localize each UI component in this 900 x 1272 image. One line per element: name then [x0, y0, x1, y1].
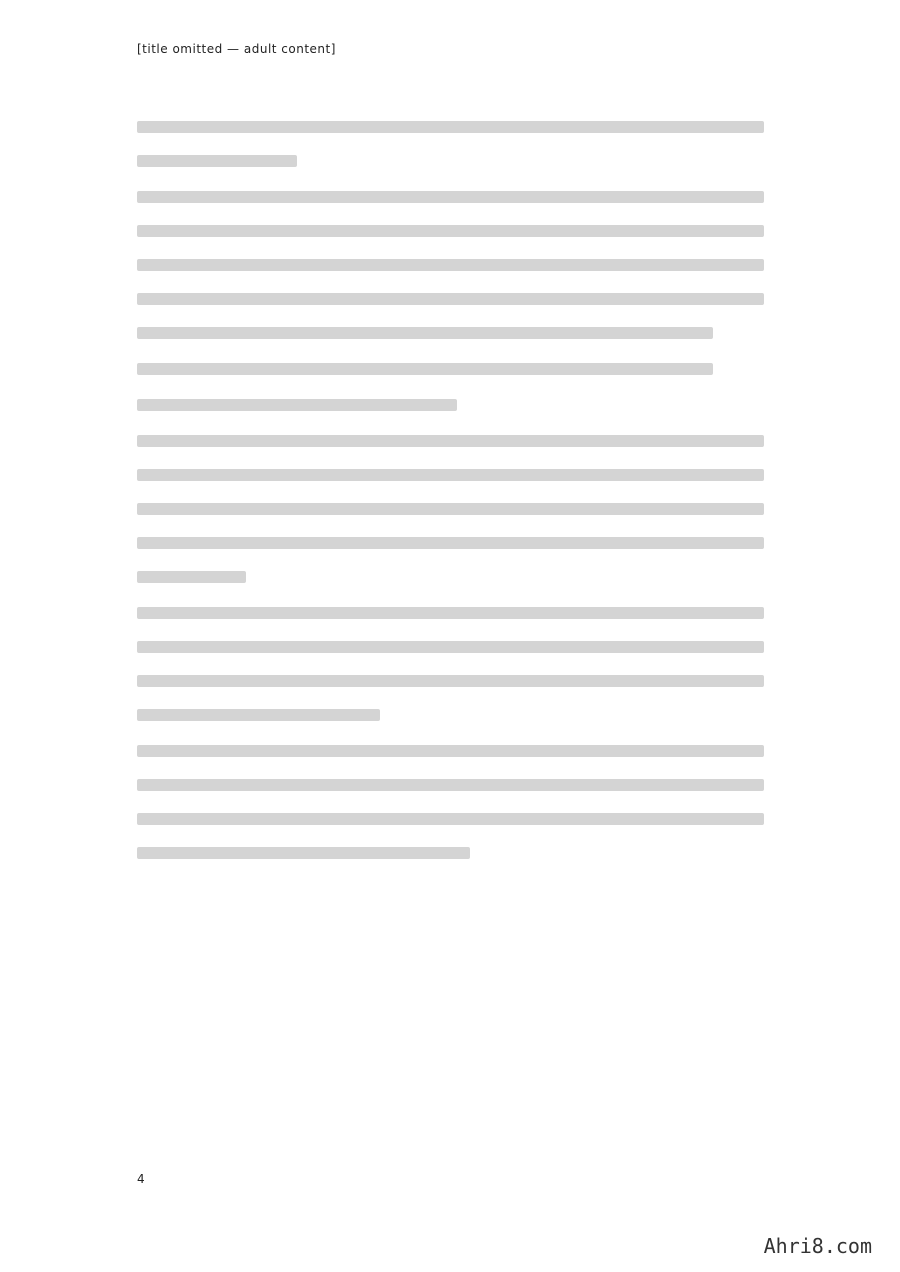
- paragraph: [137, 734, 777, 870]
- paragraph: [137, 596, 777, 732]
- text-line-placeholder: [137, 388, 777, 422]
- page-number: 4: [137, 1172, 145, 1186]
- text-line-placeholder: [137, 144, 777, 178]
- text-line-placeholder: [137, 316, 777, 350]
- text-line-placeholder: [137, 630, 777, 664]
- text-line-placeholder: [137, 458, 777, 492]
- text-line-placeholder: [137, 664, 777, 698]
- text-line-placeholder: [137, 526, 777, 560]
- text-line-placeholder: [137, 248, 777, 282]
- document-body: [137, 110, 777, 872]
- site-watermark: Ahri8.com: [764, 1234, 872, 1258]
- paragraph: [137, 388, 777, 422]
- paragraph: [137, 180, 777, 350]
- text-line-placeholder: [137, 802, 777, 836]
- text-line-placeholder: [137, 214, 777, 248]
- text-line-placeholder: [137, 352, 777, 386]
- paragraph: [137, 110, 777, 178]
- text-line-placeholder: [137, 560, 777, 594]
- text-line-placeholder: [137, 424, 777, 458]
- paragraph: [137, 352, 777, 386]
- text-line-placeholder: [137, 180, 777, 214]
- text-line-placeholder: [137, 768, 777, 802]
- text-line-placeholder: [137, 734, 777, 768]
- running-header: [title omitted — adult content]: [137, 42, 336, 56]
- text-line-placeholder: [137, 596, 777, 630]
- text-line-placeholder: [137, 836, 777, 870]
- text-line-placeholder: [137, 110, 777, 144]
- paragraph: [137, 424, 777, 594]
- text-line-placeholder: [137, 492, 777, 526]
- text-line-placeholder: [137, 698, 777, 732]
- text-line-placeholder: [137, 282, 777, 316]
